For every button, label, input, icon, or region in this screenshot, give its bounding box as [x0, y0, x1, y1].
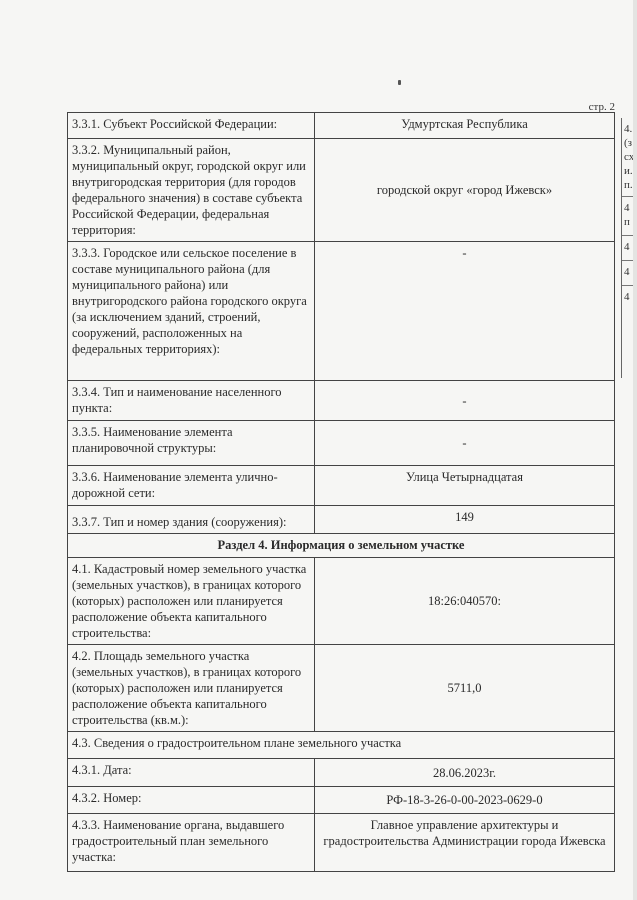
table-row: 3.3.2. Муниципальный район, муниципальны… — [68, 139, 615, 242]
field-label: 4.3.3. Наименование органа, выдавшего гр… — [68, 814, 315, 872]
table-row: 4.1. Кадастровый номер земельного участк… — [68, 558, 615, 645]
section-header-row: Раздел 4. Информация о земельном участке — [68, 534, 615, 558]
table-row: 3.3.7. Тип и номер здания (сооружения): … — [68, 506, 615, 534]
field-value: Улица Четырнадцатая — [315, 466, 615, 506]
table-row: 4.3.2. Номер: РФ-18-3-26-0-00-2023-0629-… — [68, 787, 615, 814]
field-label: 4.3.2. Номер: — [68, 787, 315, 814]
field-value: Удмуртская Республика — [315, 113, 615, 139]
field-label: 4.1. Кадастровый номер земельного участк… — [68, 558, 315, 645]
table-row: 3.3.4. Тип и наименование населенного пу… — [68, 381, 615, 421]
field-value: 149 — [315, 506, 615, 534]
field-label: 3.3.2. Муниципальный район, муниципальны… — [68, 139, 315, 242]
table-row: 3.3.3. Городское или сельское поселение … — [68, 242, 615, 381]
field-label: 3.3.7. Тип и номер здания (сооружения): — [68, 506, 315, 534]
permit-form-table: 3.3.1. Субъект Российской Федерации: Удм… — [67, 112, 615, 872]
field-value: - — [315, 242, 615, 381]
table-row: 3.3.6. Наименование элемента улично-доро… — [68, 466, 615, 506]
field-value: Главное управление архитектуры и градост… — [315, 814, 615, 872]
field-label: 4.3.1. Дата: — [68, 759, 315, 787]
field-value: - — [315, 421, 615, 466]
field-label: 3.3.5. Наименование элемента планировочн… — [68, 421, 315, 466]
field-label: 3.3.6. Наименование элемента улично-доро… — [68, 466, 315, 506]
subsection-header-row: 4.3. Сведения о градостроительном плане … — [68, 732, 615, 759]
table-row: 4.3.1. Дата: 28.06.2023г. — [68, 759, 615, 787]
section-title: Раздел 4. Информация о земельном участке — [68, 534, 615, 558]
field-value: городской округ «город Ижевск» — [315, 139, 615, 242]
field-label: 4.2. Площадь земельного участка (земельн… — [68, 645, 315, 732]
table-row: 3.3.5. Наименование элемента планировочн… — [68, 421, 615, 466]
table-row: 4.3.3. Наименование органа, выдавшего гр… — [68, 814, 615, 872]
field-value: 5711,0 — [315, 645, 615, 732]
subsection-title: 4.3. Сведения о градостроительном плане … — [68, 732, 615, 759]
field-value: 28.06.2023г. — [315, 759, 615, 787]
field-value: РФ-18-3-26-0-00-2023-0629-0 — [315, 787, 615, 814]
table-row: 4.2. Площадь земельного участка (земельн… — [68, 645, 615, 732]
field-value: 18:26:040570: — [315, 558, 615, 645]
field-label: 3.3.3. Городское или сельское поселение … — [68, 242, 315, 381]
table-row: 3.3.1. Субъект Российской Федерации: Удм… — [68, 113, 615, 139]
scan-speck — [398, 80, 401, 85]
scan-edge-shadow — [633, 0, 637, 900]
field-label: 3.3.4. Тип и наименование населенного пу… — [68, 381, 315, 421]
field-label: 3.3.1. Субъект Российской Федерации: — [68, 113, 315, 139]
field-value: - — [315, 381, 615, 421]
